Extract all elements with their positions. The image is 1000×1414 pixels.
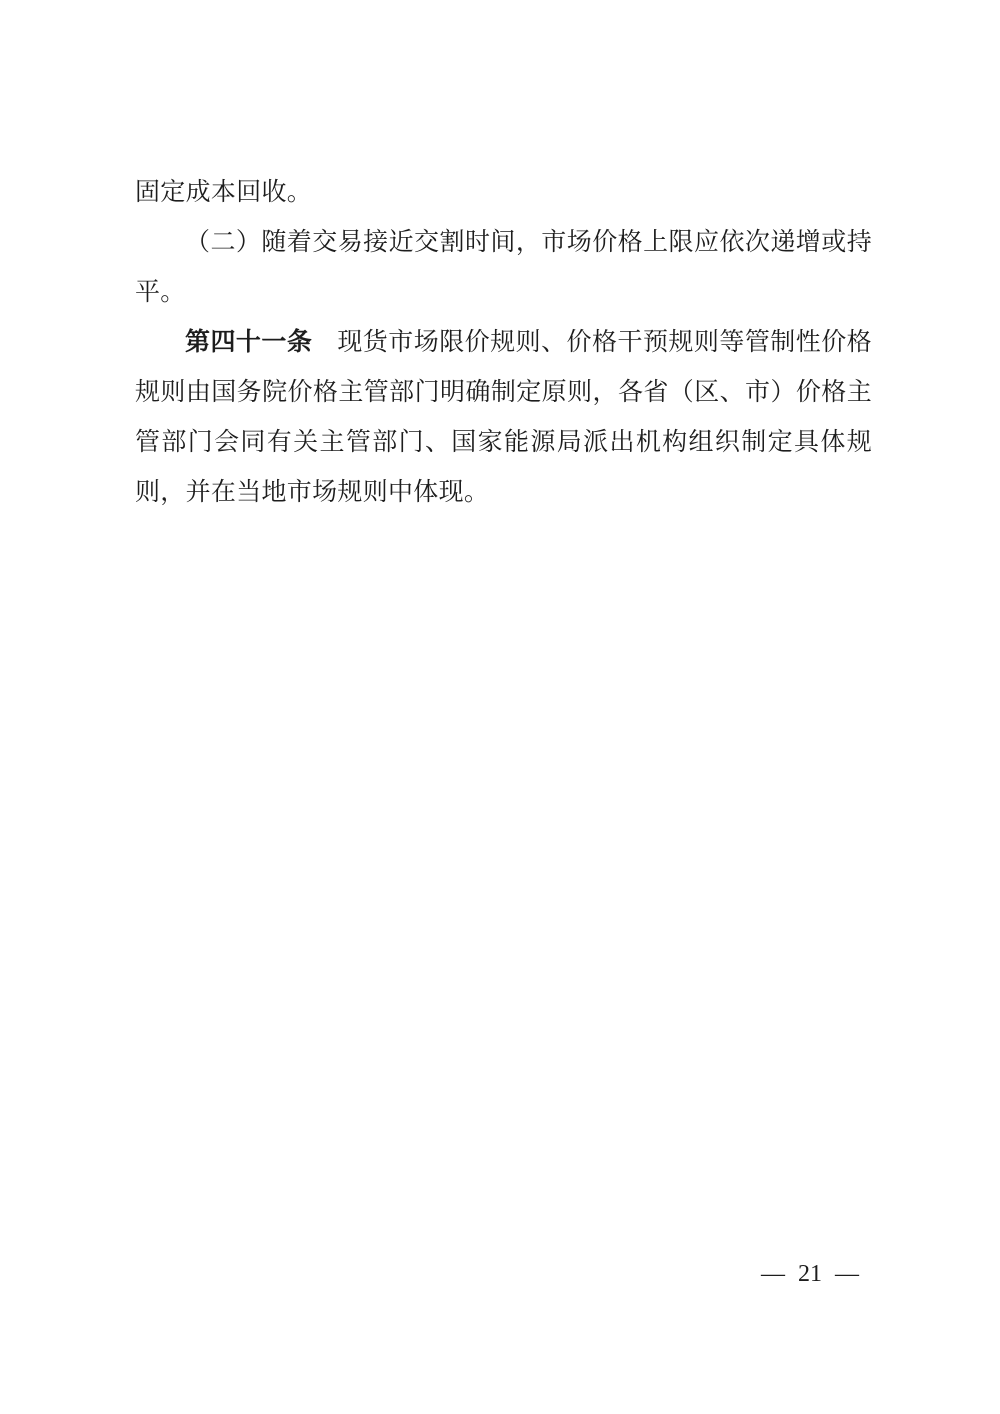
document-page: 固定成本回收。 （二）随着交易接近交割时间，市场价格上限应依次递增或持平。 第四…	[0, 0, 1000, 1414]
paragraph-article-41: 第四十一条现货市场限价规则、价格干预规则等管制性价格规则由国务院价格主管部门明确…	[135, 318, 872, 518]
paragraph-continuation: 固定成本回收。	[135, 168, 872, 218]
page-footer: — 21 —	[752, 1256, 868, 1292]
page-number: 21	[798, 1256, 822, 1292]
document-body: 固定成本回收。 （二）随着交易接近交割时间，市场价格上限应依次递增或持平。 第四…	[135, 168, 872, 518]
footer-left-dash: —	[761, 1256, 785, 1292]
paragraph-clause-2: （二）随着交易接近交割时间，市场价格上限应依次递增或持平。	[135, 218, 872, 318]
footer-right-dash: —	[835, 1256, 859, 1292]
article-number: 第四十一条	[185, 329, 312, 356]
